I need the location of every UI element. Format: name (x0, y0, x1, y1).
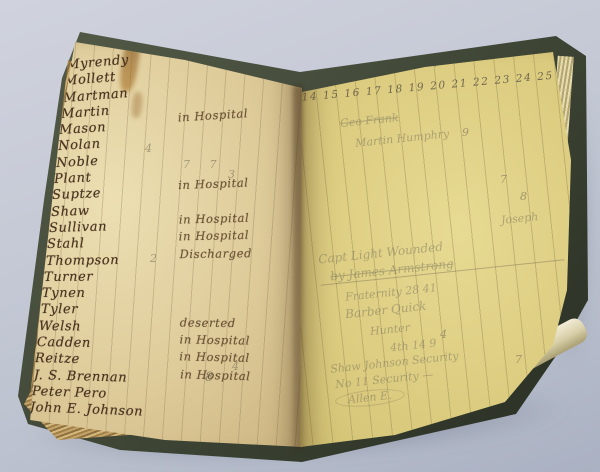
soldier-name: Reitze (35, 351, 80, 367)
pencil-note: 4th 14 9 (389, 337, 437, 355)
roll-row: Mason in Hospital (59, 104, 300, 135)
stray-mark: 4 (440, 328, 447, 341)
pencil-note: Geo Frank (339, 111, 399, 130)
roll-row: Noble (55, 139, 300, 168)
ink-stain (131, 92, 144, 119)
stray-mark: 8 (520, 190, 527, 203)
status-note: Discharged (179, 246, 252, 261)
pencil-rule-line (321, 259, 565, 286)
soldier-name: Sullivan (49, 219, 107, 236)
stray-mark: 7 (500, 173, 507, 186)
soldier-name: Welsh (39, 319, 81, 334)
stray-mark: 2 (150, 252, 157, 265)
roll-row: Plant (54, 157, 300, 184)
soldier-name: Turner (44, 269, 93, 284)
stray-mark: 8 (205, 370, 213, 385)
soldier-name: Noble (56, 154, 99, 171)
roll-row: J. S. Brennan in Hospital (33, 364, 300, 388)
roll-row: Sullivan in Hospital (49, 210, 300, 233)
roll-row: Tynen (42, 282, 300, 299)
roll-book-photo: Company Roll Book 1 2 3 4 5 6 7 8 9 10 1… (0, 0, 600, 472)
status-note: deserted (180, 315, 236, 330)
status-note: in Hospital (180, 367, 251, 383)
roll-row: Reitze in Hospital (35, 347, 300, 369)
status-note: in Hospital (180, 332, 251, 347)
stray-mark: 4 (145, 142, 152, 155)
pencil-note: Fraternity 28 41 (345, 281, 438, 304)
stray-mark: 7 (515, 353, 522, 366)
roll-row: Suptze in Hospital (52, 175, 300, 201)
roll-row: Welsh deserted (39, 315, 300, 334)
roll-row: John E. Johnson (30, 396, 300, 423)
stray-mark: 3 (228, 168, 235, 181)
stray-mark: J (545, 373, 549, 386)
roll-row: Tyler (40, 298, 300, 315)
soldier-name: Stahl (47, 237, 85, 253)
status-note: in Hospital (180, 350, 251, 366)
status-note: in Hospital (178, 176, 249, 193)
roll-row: Thompson Discharged (45, 246, 300, 266)
soldier-name: Suptze (52, 186, 102, 203)
soldier-name: Mason (59, 120, 107, 138)
roll-row: Turner (44, 264, 300, 282)
soldier-name: Tynen (42, 286, 85, 301)
roll-row: Stahl in Hospital (47, 228, 300, 249)
soldier-name: J. S. Brennan (33, 368, 127, 386)
soldier-name: Cadden (37, 335, 91, 351)
status-note: in Hospital (179, 228, 250, 243)
pencil-note: Capt Light Wounded (318, 239, 444, 266)
pencil-note: Shaw Johnson Security (330, 349, 459, 375)
soldier-name: Martman (62, 86, 128, 106)
soldier-name: Martin (61, 104, 111, 122)
gutter-shadow (293, 86, 303, 452)
roll-row: Nolan (57, 122, 300, 152)
soldier-name: Thompson (46, 253, 119, 269)
soldier-name: Tyler (40, 302, 77, 317)
status-note: in Hospital (179, 211, 250, 227)
soldier-name: Peter Pero (32, 384, 108, 402)
status-note: in Hospital (178, 106, 249, 124)
roll-row: Shaw (50, 193, 300, 217)
pencil-note: Joseph (500, 210, 538, 227)
stray-mark: 4 (232, 360, 239, 373)
pencil-note: Barber Quick (344, 299, 426, 321)
soldier-name: Plant (54, 170, 92, 187)
pencil-note: by James Armstrong (330, 257, 455, 284)
pencil-note: Hunter (369, 321, 410, 338)
pencil-note: Allen E. (334, 386, 405, 409)
soldier-name: Myrendy (66, 53, 130, 73)
pencil-note: Martin Humphry (355, 127, 450, 150)
stray-mark: 9 (462, 126, 469, 139)
soldier-name: Mollett (64, 70, 117, 89)
soldier-name: Shaw (51, 203, 90, 219)
soldier-name: Nolan (57, 137, 100, 154)
soldier-name: John E. Johnson (30, 400, 144, 420)
roll-row: Cadden in Hospital (37, 331, 300, 352)
stray-mark: 7 7 (183, 158, 225, 171)
roll-row: Martin (60, 86, 300, 119)
roll-row: Peter Pero (32, 380, 300, 406)
pencil-note: No 11 Security — (335, 368, 434, 391)
